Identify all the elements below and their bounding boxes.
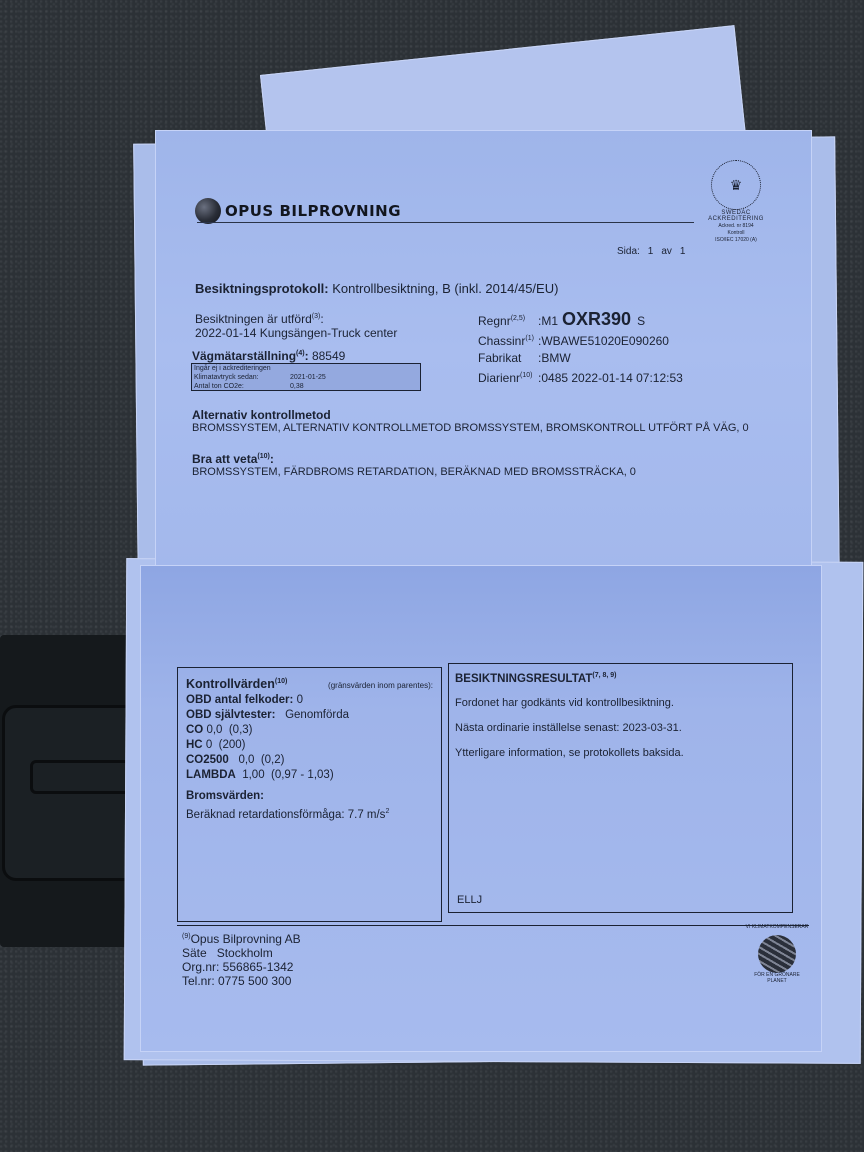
inspection-date-place: 2022-01-14 Kungsängen-Truck center [195, 326, 397, 340]
diarienr-row: Diarienr(10) :0485 2022-01-14 07:12:53 [478, 367, 683, 387]
company-footer: (9)Opus Bilprovning AB Säte Stockholm Or… [182, 930, 301, 988]
registration-number: OXR390 [562, 311, 631, 328]
emission-row: LAMBDA 1,00 (0,97 - 1,03) [186, 768, 433, 783]
company-logo: OPUS BILPROVNING [195, 198, 401, 224]
emission-row: CO 0,0 (0,3) [186, 723, 433, 738]
emission-row: HC 0 (200) [186, 738, 433, 753]
regnr-row: Regnr(2,5) :M1 OXR390 S [478, 310, 683, 330]
good-to-know: Bra att veta(10): BROMSSYSTEM, FÄRDBROMS… [192, 450, 636, 479]
inspector-signature: ELLJ [457, 894, 482, 906]
protocol-title: Besiktningsprotokoll: Kontrollbesiktning… [195, 281, 558, 296]
globe-icon [195, 198, 221, 224]
odometer: Vägmätarställning(4): 88549 [192, 349, 345, 363]
climate-footprint-box: Ingår ej i ackrediteringen Klimatavtryck… [191, 363, 421, 391]
page-number: Sida:1av1 [617, 246, 693, 257]
chassinr-row: Chassinr(1) :WBAWE51020E090260 [478, 330, 683, 350]
odometer-value: 88549 [312, 349, 345, 363]
emission-row: CO2500 0,0 (0,2) [186, 753, 433, 768]
climate-compensation-badge: VI KLIMATKOMPENSERAR FÖR EN GRÖNARE PLAN… [745, 922, 809, 986]
logo-text: OPUS BILPROVNING [225, 202, 401, 220]
header-rule [197, 222, 694, 223]
fabrikat-row: Fabrikat :BMW [478, 350, 683, 367]
footer-rule [177, 925, 809, 926]
inspection-performed: Besiktningen är utförd(3): 2022-01-14 Ku… [195, 310, 397, 340]
alternative-method: Alternativ kontrollmetod BROMSSYSTEM, AL… [192, 409, 749, 435]
crowns-icon: ♛ [711, 160, 761, 210]
vehicle-info: Regnr(2,5) :M1 OXR390 S Chassinr(1) :WBA… [478, 310, 683, 387]
accreditation-line: Ackred. nr 8194 [706, 224, 766, 229]
swedac-seal: ♛ SWEDAC ACKREDITERING Ackred. nr 8194 K… [706, 160, 766, 243]
control-values-box: Kontrollvärden(10) (gränsvärden inom par… [177, 667, 442, 922]
globe-icon [758, 935, 796, 973]
accreditation-line: Kontroll [706, 231, 766, 236]
inspection-result-box: BESIKTNINGSRESULTAT(7, 8, 9) Fordonet ha… [448, 663, 793, 913]
accreditation-line: ISO/IEC 17020 (A) [706, 238, 766, 243]
seal-text: SWEDAC ACKREDITERING [706, 210, 766, 222]
tray-slot [30, 760, 136, 794]
